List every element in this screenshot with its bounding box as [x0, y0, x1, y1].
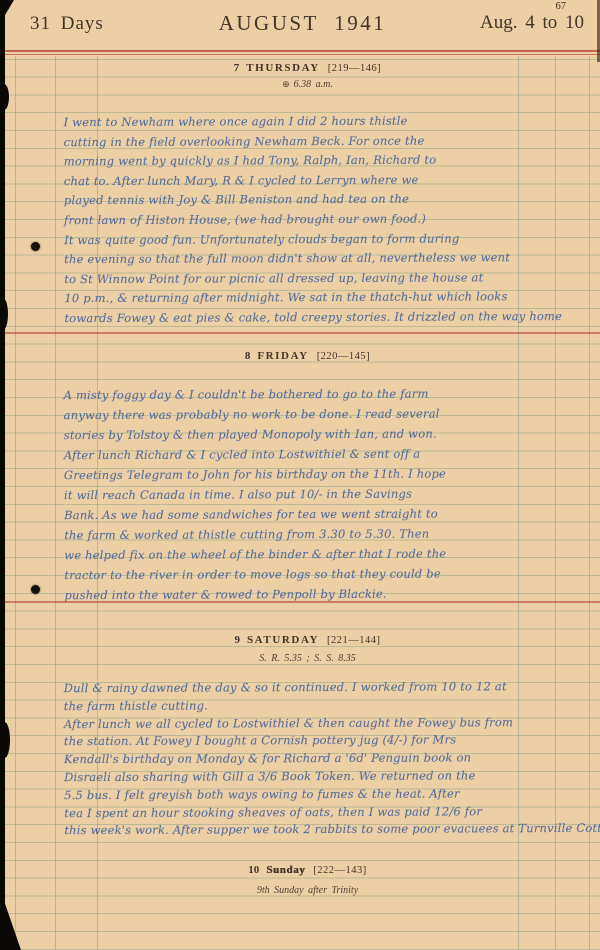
entry-line: tea I spent an hour stooking sheaves of …	[64, 802, 600, 822]
day-header-saturday: 9SATURDAY[221—144]	[97, 634, 518, 646]
torn-edge	[5, 84, 9, 110]
header-red-rule-thin	[5, 54, 600, 55]
entry-line: Disraeli also sharing with Gill a 3/6 Bo…	[64, 767, 600, 787]
entry-line: It was quite good fun. Unfortunately clo…	[64, 228, 600, 250]
punch-hole	[31, 585, 40, 594]
day-ordinal-count: [221—144]	[327, 635, 381, 646]
entry-line: the evening so that the full moon didn't…	[64, 248, 600, 270]
entry-line: it will reach Canada in time. I also put…	[64, 483, 600, 505]
punch-hole	[31, 242, 40, 251]
diary-entry-friday: A misty foggy day & I couldn't be bother…	[64, 383, 600, 605]
entry-line: front lawn of Histon House, (we had brou…	[64, 209, 600, 231]
entry-line: this week's work. After supper we took 2…	[64, 820, 600, 840]
day-note-sunday: 9th Sunday after Trinity	[97, 885, 518, 896]
diary-entry-saturday: Dull & rainy dawned the day & so it cont…	[64, 678, 600, 841]
entry-line: anyway there was probably no work to be …	[64, 403, 600, 425]
day-note-saturday: S. R. 5.35 ; S. S. 8.35	[97, 653, 518, 664]
header-date-range: Aug. 4 to 10	[480, 12, 584, 34]
entry-line: the farm thistle cutting.	[64, 696, 600, 716]
entry-line: the station. At Fowey I bought a Cornish…	[64, 731, 600, 751]
diary-page: 67 31 Days AUGUST 1941 Aug. 4 to 10 7THU…	[5, 0, 600, 950]
entry-line: Kendall's birthday on Monday & for Richa…	[64, 749, 600, 769]
sunrise-sunset-text: S. R. 5.35 ; S. S. 8.35	[259, 653, 355, 664]
day-ordinal-count: [222—143]	[313, 865, 367, 876]
day-ordinal-count: [220—145]	[317, 351, 371, 362]
day-separator-rule-1	[5, 332, 600, 334]
day-number: 7	[234, 62, 240, 74]
day-name: SATURDAY	[247, 634, 319, 646]
entry-line: After lunch we all cycled to Lostwithiel…	[64, 713, 600, 733]
day-ordinal-count: [219—146]	[328, 63, 382, 74]
scanned-diary-photo: { "colors": { "paper": "#edcfa6", "rule_…	[0, 0, 600, 950]
day-note-thursday: ⊕6.38 a.m.	[97, 79, 518, 90]
moon-time-text: 6.38 a.m.	[294, 79, 333, 90]
torn-edge	[5, 722, 10, 758]
trinity-sunday-text: 9th Sunday after Trinity	[257, 885, 358, 896]
day-name: Sunday	[266, 864, 305, 876]
header-red-rule-thick	[5, 50, 600, 52]
day-name: FRIDAY	[257, 350, 308, 362]
entry-line: towards Fowey & eat pies & cake, told cr…	[64, 307, 600, 329]
margin-line-left-2	[55, 56, 56, 950]
day-header-friday: 8FRIDAY[220—145]	[97, 350, 518, 362]
torn-edge	[5, 892, 21, 950]
entry-line: Bank. As we had some sandwiches for tea …	[64, 503, 600, 525]
entry-line: we helped fix on the wheel of the binder…	[64, 543, 600, 565]
day-header-sunday: 10Sunday[222—143]	[97, 864, 518, 876]
entry-line: Dull & rainy dawned the day & so it cont…	[64, 678, 600, 698]
entry-line: tractor to the river in order to move lo…	[64, 563, 600, 585]
entry-line: cutting in the field overlooking Newham …	[64, 130, 600, 152]
entry-line: the farm & worked at thistle cutting fro…	[64, 523, 600, 545]
entry-line: to St Winnow Point for our picnic all dr…	[64, 268, 600, 290]
entry-line: A misty foggy day & I couldn't be bother…	[64, 383, 600, 405]
entry-line: chat to. After lunch Mary, R & I cycled …	[64, 170, 600, 192]
entry-line: 5.5 bus. I felt greyish both ways owing …	[64, 785, 600, 805]
entry-line: After lunch Richard & I cycled into Lost…	[64, 443, 600, 465]
torn-edge	[5, 298, 8, 330]
margin-line-left-1	[15, 56, 16, 950]
entry-line: stories by Tolstoy & then played Monopol…	[64, 423, 600, 445]
day-number: 10	[248, 864, 259, 876]
day-number: 9	[234, 634, 240, 646]
entry-line: I went to Newham where once again I did …	[64, 111, 600, 133]
entry-line: 10 p.m., & returning after midnight. We …	[64, 287, 600, 309]
entry-line: morning went by quickly as I had Tony, R…	[64, 150, 600, 172]
diary-entry-thursday: I went to Newham where once again I did …	[64, 111, 600, 329]
moon-phase-icon: ⊕	[282, 79, 290, 89]
day-header-thursday: 7THURSDAY[219—146]	[97, 62, 518, 74]
entry-line: pushed into the water & rowed to Penpoll…	[64, 583, 600, 605]
day-number: 8	[245, 350, 251, 362]
day-name: THURSDAY	[246, 62, 320, 74]
entry-line: Greetings Telegram to John for his birth…	[64, 463, 600, 485]
entry-line: played tennis with Joy & Bill Beniston a…	[64, 189, 600, 211]
